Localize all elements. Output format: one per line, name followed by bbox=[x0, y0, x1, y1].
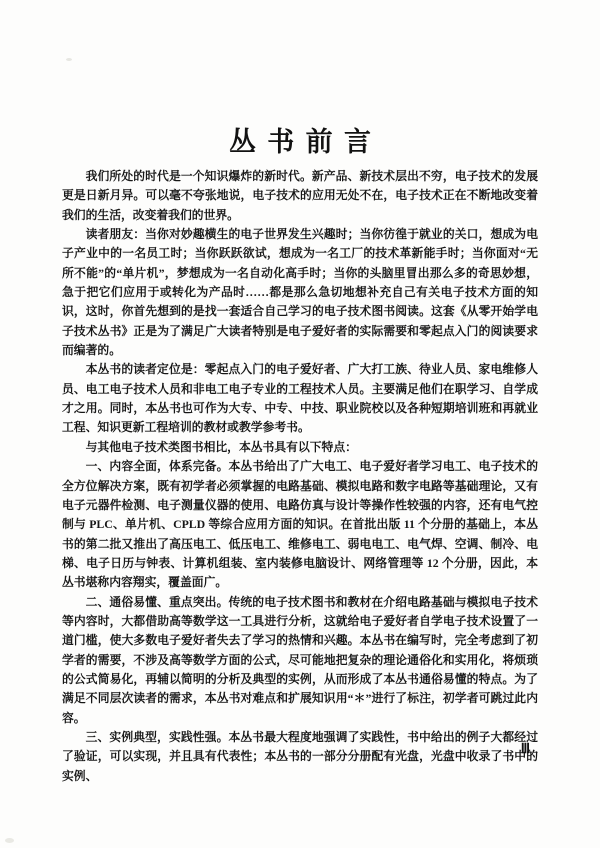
preface-body: 我们所处的时代是一个知识爆炸的新时代。新产品、新技术层出不穷，电子技术的发展更是… bbox=[62, 167, 538, 786]
scan-smudge bbox=[66, 58, 72, 61]
body-paragraph: 三、实例典型，实践性强。本丛书最大程度地强调了实践性，书中给出的例子大都经过了验… bbox=[62, 728, 538, 786]
scan-smudge bbox=[5, 838, 14, 843]
body-paragraph: 读者朋友：当你对妙趣横生的电子世界发生兴趣时；当你彷徨于就业的关口，想成为电子产… bbox=[62, 225, 538, 360]
body-paragraph: 二、通俗易懂、重点突出。传统的电子技术图书和教材在介绍电路基础与模拟电子技术等内… bbox=[62, 593, 538, 728]
page-number: Ⅲ bbox=[521, 741, 530, 757]
book-page: 丛书前言 我们所处的时代是一个知识爆炸的新时代。新产品、新技术层出不穷，电子技术… bbox=[0, 0, 600, 848]
body-paragraph: 我们所处的时代是一个知识爆炸的新时代。新产品、新技术层出不穷，电子技术的发展更是… bbox=[62, 167, 538, 225]
body-paragraph: 一、内容全面，体系完备。本丛书给出了广大电工、电子爱好者学习电工、电子技术的全方… bbox=[62, 457, 538, 592]
body-paragraph: 与其他电子技术类图书相比，本丛书具有以下特点： bbox=[62, 438, 538, 457]
page-title: 丛书前言 bbox=[0, 126, 600, 158]
body-paragraph: 本丛书的读者定位是：零起点入门的电子爱好者、广大打工族、待业人员、家电维修人员、… bbox=[62, 360, 538, 437]
